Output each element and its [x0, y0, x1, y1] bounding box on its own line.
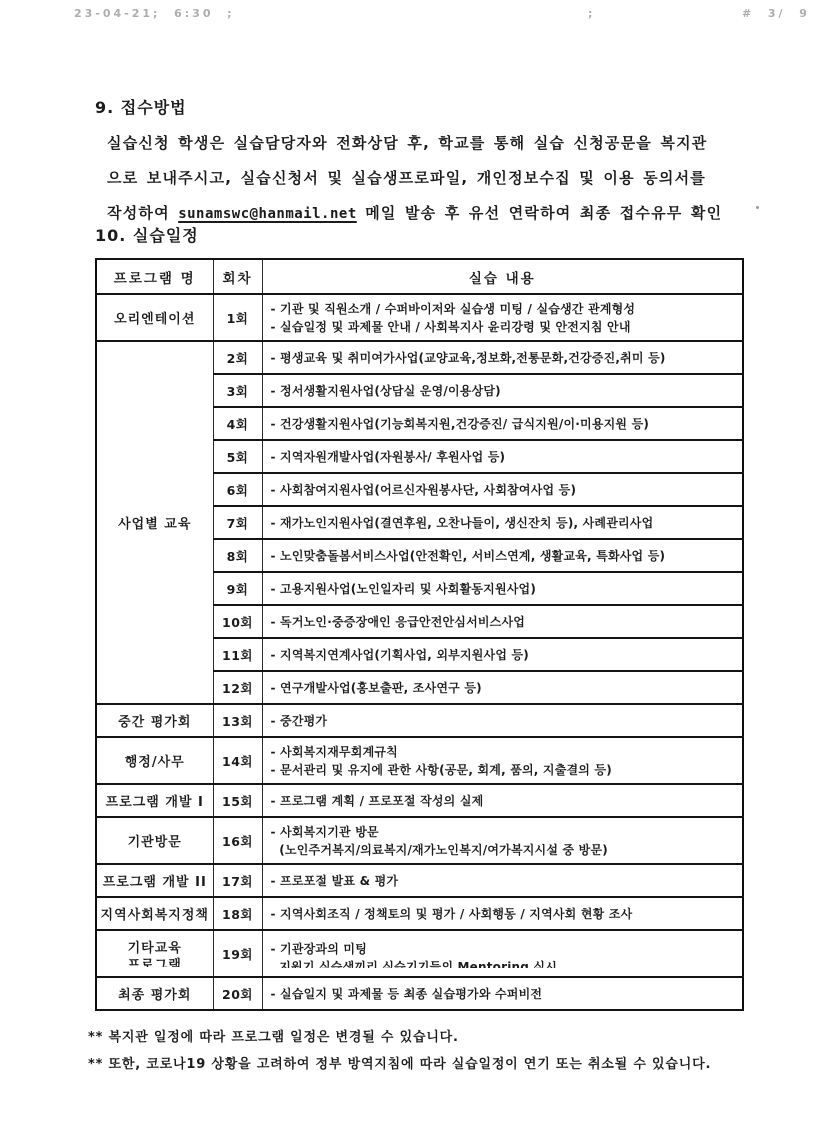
footnote-1: ** 복지관 일정에 따라 프로그램 일정은 변경될 수 있습니다. — [88, 1024, 747, 1051]
program-cell: 행정/사무 — [96, 737, 213, 784]
session-cell: 3회 — [213, 374, 262, 407]
table-row: 사업별 교육 2회 - 평생교육 및 취미여가사업(교양교육,정보화,전통문화,… — [96, 341, 743, 374]
paragraph-line-3-post: 메일 발송 후 유선 연락하여 최종 접수유무 확인 — [357, 204, 723, 222]
content-line: - 정서생활지원사업(상담실 운영/이용상담) — [271, 382, 739, 400]
paragraph-line-2: 으로 보내주시고, 실습신청서 및 실습생프로파일, 개인정보수집 및 이용 동… — [107, 161, 747, 196]
content-line: - 문서관리 및 유지에 관한 사항(공문, 회계, 품의, 지출결의 등) — [271, 761, 739, 779]
content-cell: - 독거노인·중증장애인 응급안전안심서비스사업 — [262, 605, 743, 638]
schedule-table: 프로그램 명 회차 실습 내용 오리엔테이션 1회 - 기관 및 직원소개 / … — [95, 258, 744, 1011]
content-line: - 건강생활지원사업(기능회복지원,건강증진/ 급식지원/이·미용지원 등) — [271, 415, 739, 433]
session-cell: 17회 — [213, 864, 262, 897]
content-line: - 사회참여지원사업(어르신자원봉사단, 사회참여사업 등) — [271, 481, 739, 499]
footnotes: ** 복지관 일정에 따라 프로그램 일정은 변경될 수 있습니다. ** 또한… — [88, 1024, 747, 1078]
content-line: - 평생교육 및 취미여가사업(교양교육,정보화,전통문화,건강증진,취미 등) — [271, 349, 739, 367]
content-line: - 연구개발사업(홍보출판, 조사연구 등) — [271, 679, 739, 697]
session-cell: 12회 — [213, 671, 262, 704]
table-row: 오리엔테이션 1회 - 기관 및 직원소개 / 수퍼바이저와 실습생 미팅 / … — [96, 294, 743, 341]
content-line: - 고용지원사업(노인일자리 및 사회활동지원사업) — [271, 580, 739, 598]
program-cell: 기타교육 프로그램 — [96, 930, 213, 977]
session-cell: 10회 — [213, 605, 262, 638]
section-9-paragraph: 실습신청 학생은 실습담당자와 전화상담 후, 학교를 통해 실습 신청공문을 … — [107, 126, 747, 232]
content-cell: - 정서생활지원사업(상담실 운영/이용상담) — [262, 374, 743, 407]
fax-timestamp: 23-04-21; 6:30 ; — [74, 7, 235, 20]
content-cell: - 평생교육 및 취미여가사업(교양교육,정보화,전통문화,건강증진,취미 등) — [262, 341, 743, 374]
content-line: - 노인맞춤돌봄서비스사업(안전확인, 서비스연계, 생활교육, 특화사업 등) — [271, 547, 739, 565]
content-cell: - 지역복지연계사업(기획사업, 외부지원사업 등) — [262, 638, 743, 671]
header-content: 실습 내용 — [262, 259, 743, 294]
program-cell: 기관방문 — [96, 817, 213, 864]
paragraph-line-1: 실습신청 학생은 실습담당자와 전화상담 후, 학교를 통해 실습 신청공문을 … — [107, 126, 747, 161]
content-line: - 실습일지 및 과제물 등 최종 실습평가와 수퍼비전 — [271, 985, 739, 1003]
footnote-2: ** 또한, 코로나19 상황을 고려하여 정부 방역지침에 따라 실습일정이 … — [88, 1051, 747, 1078]
content-line: - 사회복지기관 방문 — [271, 823, 739, 841]
program-cell: 최종 평가회 — [96, 977, 213, 1010]
session-cell: 4회 — [213, 407, 262, 440]
session-cell: 11회 — [213, 638, 262, 671]
section-9-title: 9. 접수방법 — [95, 95, 187, 118]
content-line: - 기관 및 직원소개 / 수퍼바이저와 실습생 미팅 / 실습생간 관계형성 — [271, 300, 739, 318]
session-cell: 9회 — [213, 572, 262, 605]
content-cell: - 사회복지재무회계규칙 - 문서관리 및 유지에 관한 사항(공문, 회계, … — [262, 737, 743, 784]
content-cell: - 지역사회조직 / 정책토의 및 평가 / 사회행동 / 지역사회 현황 조사 — [262, 897, 743, 930]
content-line: - 중간평가 — [271, 712, 739, 730]
table-row: 행정/사무 14회 - 사회복지재무회계규칙 - 문서관리 및 유지에 관한 사… — [96, 737, 743, 784]
table-row: 기관방문 16회 - 사회복지기관 방문 (노인주거복지/의료복지/재가노인복지… — [96, 817, 743, 864]
content-line: - 재가노인지원사업(결연후원, 오찬나들이, 생신잔치 등), 사례관리사업 — [271, 514, 739, 532]
content-line: - 실습일정 및 과제물 안내 / 사회복지사 윤리강령 및 안전지침 안내 — [271, 318, 739, 336]
session-cell: 13회 — [213, 704, 262, 737]
session-cell: 8회 — [213, 539, 262, 572]
content-cell: - 프로포절 발표 & 평가 — [262, 864, 743, 897]
program-cell: 오리엔테이션 — [96, 294, 213, 341]
email-address: sunamswc@hanmail.net — [178, 206, 357, 222]
table-row: 지역사회복지정책 18회 - 지역사회조직 / 정책토의 및 평가 / 사회행동… — [96, 897, 743, 930]
scan-artifact — [756, 206, 759, 209]
header-session: 회차 — [213, 259, 262, 294]
session-cell: 15회 — [213, 784, 262, 817]
program-cell: 중간 평가회 — [96, 704, 213, 737]
table-row: 프로그램 개발 I 15회 - 프로그램 계획 / 프로포절 작성의 실제 — [96, 784, 743, 817]
table-row: 최종 평가회 20회 - 실습일지 및 과제물 등 최종 실습평가와 수퍼비전 — [96, 977, 743, 1010]
content-cell: - 중간평가 — [262, 704, 743, 737]
session-cell: 20회 — [213, 977, 262, 1010]
program-line-clipped: 프로그램 — [97, 957, 213, 967]
schedule-table-container: 프로그램 명 회차 실습 내용 오리엔테이션 1회 - 기관 및 직원소개 / … — [95, 258, 747, 1078]
session-cell: 19회 — [213, 930, 262, 977]
content-cell: - 연구개발사업(홍보출판, 조사연구 등) — [262, 671, 743, 704]
content-cell: - 재가노인지원사업(결연후원, 오찬나들이, 생신잔치 등), 사례관리사업 — [262, 506, 743, 539]
paragraph-line-3: 작성하여 sunamswc@hanmail.net 메일 발송 후 유선 연락하… — [107, 196, 747, 232]
content-cell: - 고용지원사업(노인일자리 및 사회활동지원사업) — [262, 572, 743, 605]
paragraph-line-3-pre: 작성하여 — [107, 204, 178, 222]
program-cell: 프로그램 개발 II — [96, 864, 213, 897]
content-line: - 독거노인·중증장애인 응급안전안심서비스사업 — [271, 613, 739, 631]
section-10-title: 10. 실습일정 — [95, 223, 199, 246]
content-line: - 지역자원개발사업(자원봉사/ 후원사업 등) — [271, 448, 739, 466]
content-cell: - 노인맞춤돌봄서비스사업(안전확인, 서비스연계, 생활교육, 특화사업 등) — [262, 539, 743, 572]
program-line: 기타교육 — [97, 940, 213, 957]
content-line: - 프로포절 발표 & 평가 — [271, 872, 739, 890]
fax-page-number: # 3/ 9 — [742, 7, 810, 20]
content-line: - 사회복지재무회계규칙 — [271, 743, 739, 761]
table-row: 기타교육 프로그램 19회 - 기관장과의 미팅 지원기 실습생끼리 실습기기들… — [96, 930, 743, 977]
table-header-row: 프로그램 명 회차 실습 내용 — [96, 259, 743, 294]
header-program: 프로그램 명 — [96, 259, 213, 294]
content-cell: - 건강생활지원사업(기능회복지원,건강증진/ 급식지원/이·미용지원 등) — [262, 407, 743, 440]
content-cell: - 지역자원개발사업(자원봉사/ 후원사업 등) — [262, 440, 743, 473]
content-line: - 지역복지연계사업(기획사업, 외부지원사업 등) — [271, 646, 739, 664]
content-cell: - 기관장과의 미팅 지원기 실습생끼리 실습기기들의 Mentoring 실시 — [262, 930, 743, 977]
program-cell: 프로그램 개발 I — [96, 784, 213, 817]
program-cell: 지역사회복지정책 — [96, 897, 213, 930]
program-cell: 사업별 교육 — [96, 341, 213, 704]
fax-separator: ; — [588, 7, 595, 20]
content-cell: - 프로그램 계획 / 프로포절 작성의 실제 — [262, 784, 743, 817]
content-cell: - 기관 및 직원소개 / 수퍼바이저와 실습생 미팅 / 실습생간 관계형성 … — [262, 294, 743, 341]
session-cell: 6회 — [213, 473, 262, 506]
content-cell: - 사회참여지원사업(어르신자원봉사단, 사회참여사업 등) — [262, 473, 743, 506]
content-line: (노인주거복지/의료복지/재가노인복지/여가복지시설 중 방문) — [271, 841, 739, 859]
session-cell: 16회 — [213, 817, 262, 864]
session-cell: 2회 — [213, 341, 262, 374]
content-cell: - 실습일지 및 과제물 등 최종 실습평가와 수퍼비전 — [262, 977, 743, 1010]
session-cell: 5회 — [213, 440, 262, 473]
content-cell: - 사회복지기관 방문 (노인주거복지/의료복지/재가노인복지/여가복지시설 중… — [262, 817, 743, 864]
table-row: 프로그램 개발 II 17회 - 프로포절 발표 & 평가 — [96, 864, 743, 897]
scanned-document-page: 23-04-21; 6:30 ; ; # 3/ 9 9. 접수방법 실습신청 학… — [0, 0, 831, 1138]
session-cell: 7회 — [213, 506, 262, 539]
content-line: - 기관장과의 미팅 — [271, 940, 739, 958]
session-cell: 14회 — [213, 737, 262, 784]
content-line: - 지역사회조직 / 정책토의 및 평가 / 사회행동 / 지역사회 현황 조사 — [271, 905, 739, 923]
content-line: - 프로그램 계획 / 프로포절 작성의 실제 — [271, 792, 739, 810]
content-line-clipped: 지원기 실습생끼리 실습기기들의 Mentoring 실시 — [271, 958, 739, 968]
table-row: 중간 평가회 13회 - 중간평가 — [96, 704, 743, 737]
session-cell: 1회 — [213, 294, 262, 341]
session-cell: 18회 — [213, 897, 262, 930]
